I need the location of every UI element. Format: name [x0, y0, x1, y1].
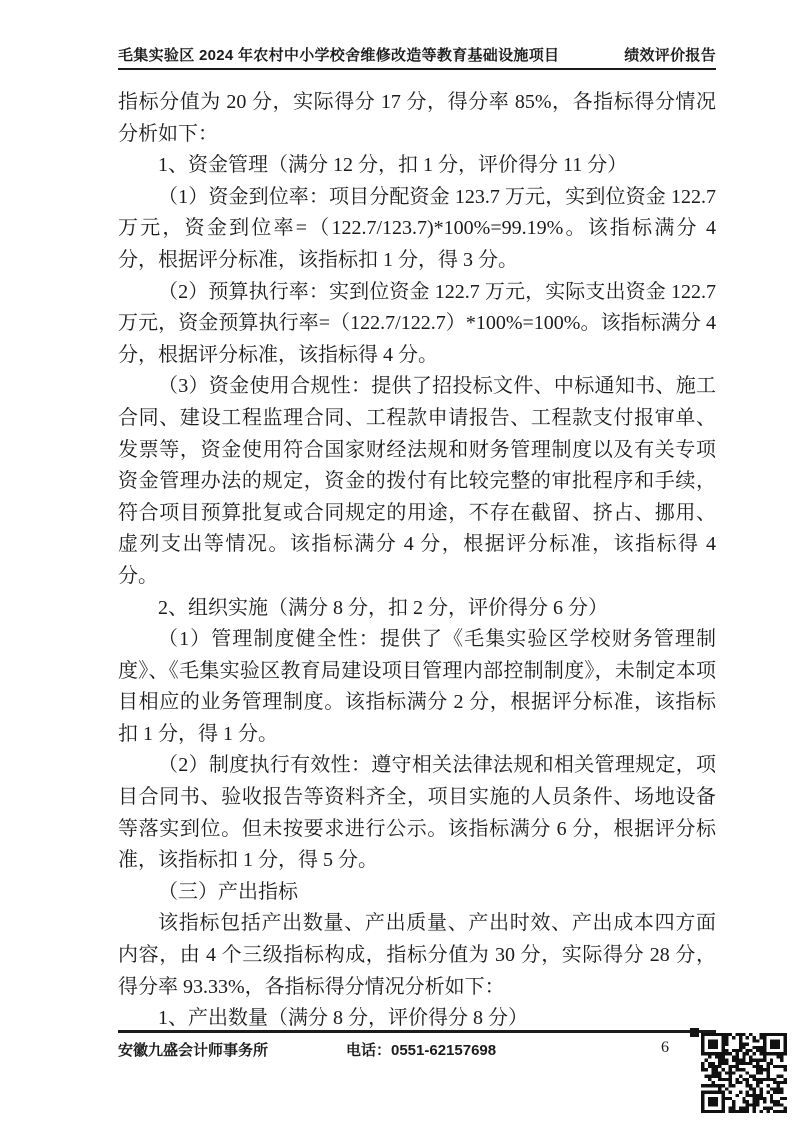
paragraph: 该指标包括产出数量、产出质量、产出时效、产出成本四方面内容，由 4 个三级指标构…: [118, 908, 716, 1003]
paragraph: （1）管理制度健全性：提供了《毛集实验区学校财务管理制度》、《毛集实验区教育局建…: [118, 624, 716, 750]
paragraph: 指标分值为 20 分，实际得分 17 分，得分率 85%，各指标得分情况分析如下…: [118, 87, 716, 150]
footer-phone: 电话：0551-62157698: [346, 1039, 496, 1060]
footer-rule: [118, 1030, 716, 1033]
page-header: 毛集实验区 2024 年农村中小学校舍维修改造等教育基础设施项目 绩效评价报告: [118, 44, 716, 70]
paragraph: （1）资金到位率：项目分配资金 123.7 万元，实到位资金 122.7 万元，…: [118, 182, 716, 277]
paragraph: （2）制度执行有效性：遵守相关法律法规和相关管理规定，项目合同书、验收报告等资料…: [118, 750, 716, 876]
footer-page-number: 6: [661, 1039, 669, 1057]
page-footer: 安徽九盛会计师事务所 电话：0551-62157698 6: [118, 1039, 716, 1061]
header-left-title: 毛集实验区 2024 年农村中小学校舍维修改造等教育基础设施项目: [118, 44, 559, 65]
paragraph: （三）产出指标: [118, 877, 716, 909]
document-page: 毛集实验区 2024 年农村中小学校舍维修改造等教育基础设施项目 绩效评价报告 …: [0, 0, 793, 1122]
header-right-title: 绩效评价报告: [624, 44, 716, 65]
paragraph: 1、资金管理（满分 12 分，扣 1 分，评价得分 11 分）: [118, 150, 716, 182]
qr-code: [701, 1033, 787, 1113]
ink-mark: [690, 1028, 699, 1037]
paragraph: （2）预算执行率：实到位资金 122.7 万元，实际支出资金 122.7 万元，…: [118, 277, 716, 372]
paragraph: 2、组织实施（满分 8 分，扣 2 分，评价得分 6 分）: [118, 593, 716, 625]
footer-company: 安徽九盛会计师事务所: [118, 1039, 268, 1060]
paragraph: （3）资金使用合规性：提供了招投标文件、中标通知书、施工合同、建设工程监理合同、…: [118, 371, 716, 592]
document-body: 指标分值为 20 分，实际得分 17 分，得分率 85%，各指标得分情况分析如下…: [118, 87, 716, 1035]
